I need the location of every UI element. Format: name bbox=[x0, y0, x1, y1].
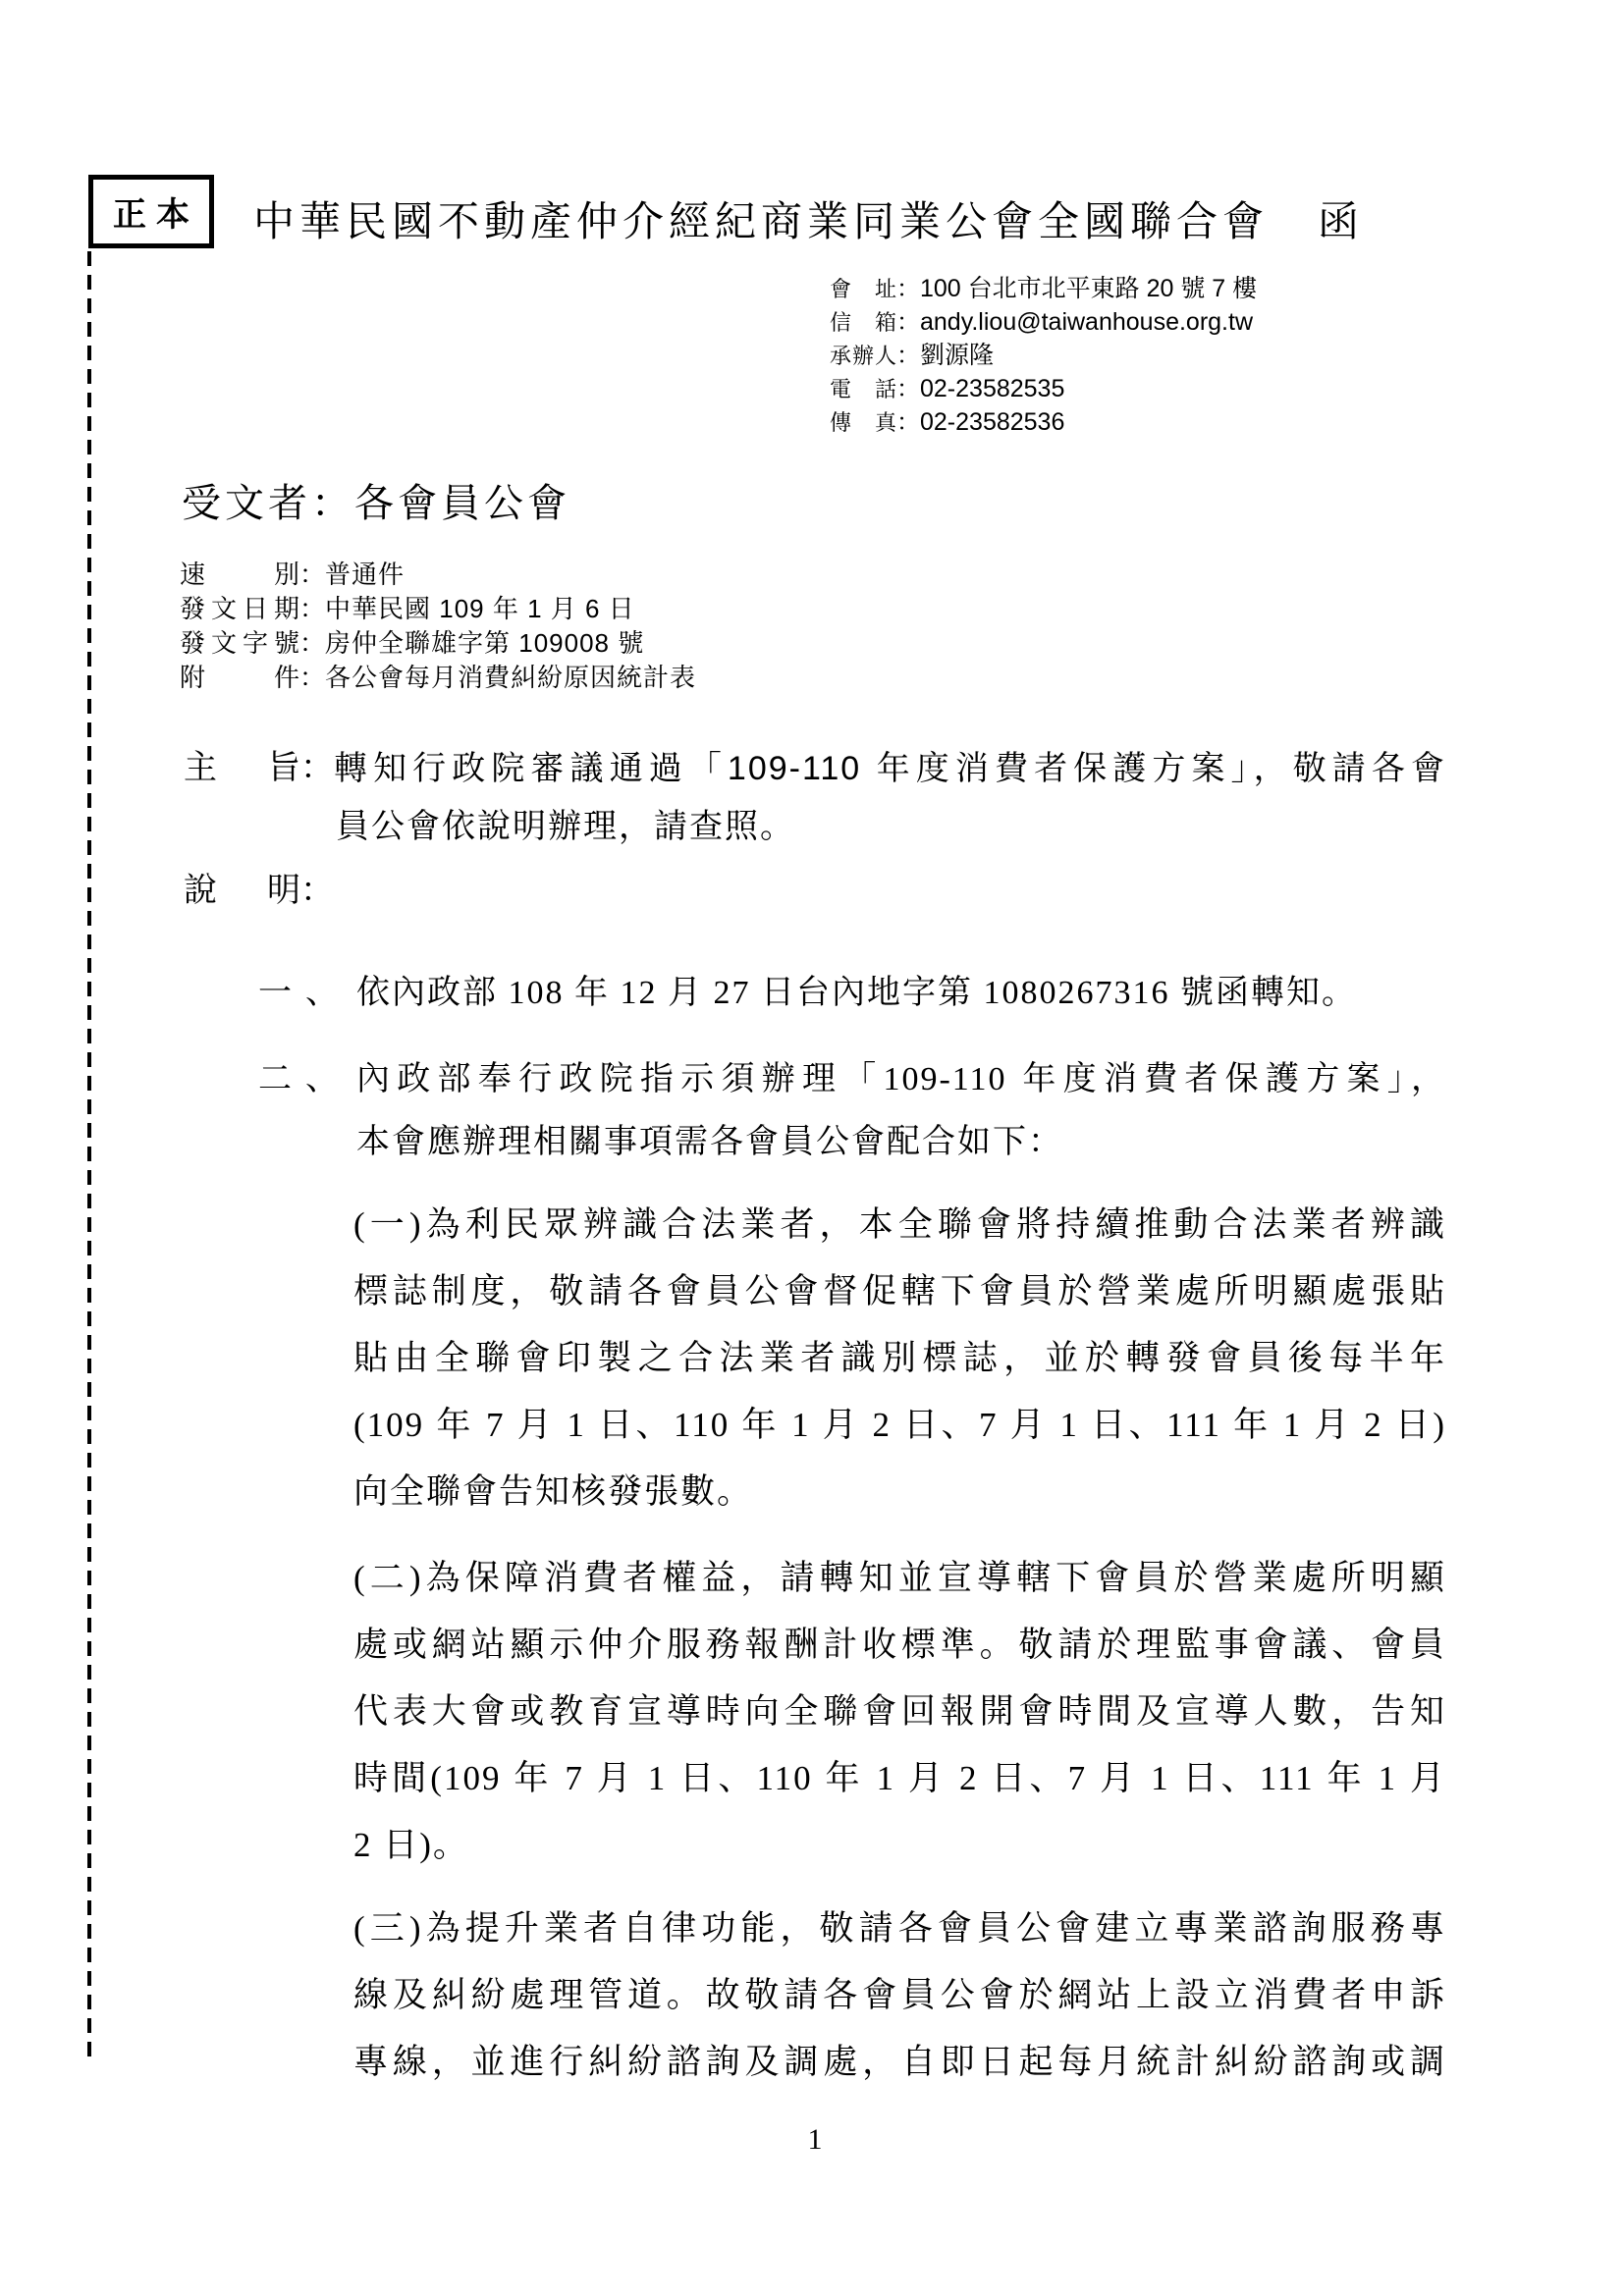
sub-item-1-line-3: 貼由全聯會印製之合法業者識別標誌，並於轉發會員後每半年 bbox=[353, 1325, 1446, 1392]
official-letter-page: 正本 中華民國不動產仲介經紀商業同業公會全國聯合會函 會址：100 台北市北平東… bbox=[0, 0, 1624, 2296]
left-dashed-fold-line bbox=[87, 251, 91, 2062]
subject-text: 轉知行政院審議通過「109-110 年度消費者保護方案」，敬請各會 bbox=[334, 739, 1446, 798]
sub-item-2-line-5: 2 日)。 bbox=[353, 1812, 1446, 1879]
colon: ： bbox=[300, 739, 334, 798]
colon: ： bbox=[300, 873, 334, 909]
explanation-item-2: 二、 內政部奉行政院指示須辦理「109-110 年度消費者保護方案」， 本會應辦… bbox=[258, 1048, 1446, 1174]
sub-item-3-line-1: (三)為提升業者自律功能，敬請各會員公會建立專業諮詢服務專 bbox=[353, 1896, 1446, 1962]
meta-value-priority: 普通件 bbox=[325, 560, 405, 589]
contact-value-phone: 02-23582535 bbox=[920, 375, 1064, 402]
sub-item-1-line-5: 向全聯會告知核發張數。 bbox=[353, 1459, 1446, 1525]
contact-row-phone: 電話：02-23582535 bbox=[830, 372, 1257, 405]
document-type: 函 bbox=[1318, 200, 1364, 245]
item-number: 一、 bbox=[258, 962, 352, 1025]
sub-item-2-line-1: (二)為保障消費者權益，請轉知並宣導轄下會員於營業處所明顯 bbox=[353, 1545, 1446, 1612]
sub-item-1-line-1: (一)為利民眾辨識合法業者，本全聯會將持續推動合法業者辨識 bbox=[353, 1192, 1446, 1258]
explanation-heading: 說明： bbox=[184, 862, 334, 921]
contact-row-address: 會址：100 台北市北平東路 20 號 7 樓 bbox=[830, 272, 1257, 305]
subject-block: 主旨： 轉知行政院審議通過「109-110 年度消費者保護方案」，敬請各會 員公… bbox=[184, 739, 1446, 857]
meta-value-ref-number: 房仲全聯雄字第 109008 號 bbox=[325, 628, 644, 658]
subject-line-1: 主旨： 轉知行政院審議通過「109-110 年度消費者保護方案」，敬請各會 bbox=[184, 739, 1446, 798]
letterhead-title: 中華民國不動產仲介經紀商業同業公會全國聯合會函 bbox=[253, 189, 1364, 248]
sub-item-1-line-2: 標誌制度，敬請各會員公會督促轄下會員於營業處所明顯處張貼 bbox=[353, 1258, 1446, 1325]
meta-row-date: 發文日期：中華民國 109 年 1 月 6 日 bbox=[180, 592, 696, 626]
meta-value-date: 中華民國 109 年 1 月 6 日 bbox=[325, 594, 635, 623]
item-2-line-1: 內政部奉行政院指示須辦理「109-110 年度消費者保護方案」， bbox=[356, 1048, 1446, 1111]
subject-label: 主旨 bbox=[184, 739, 300, 798]
copy-type-stamp: 正本 bbox=[88, 175, 214, 248]
explanation-label: 說明 bbox=[184, 862, 300, 921]
meta-label: 發文字號 bbox=[180, 626, 299, 661]
colon: ： bbox=[299, 595, 325, 623]
contact-info-block: 會址：100 台北市北平東路 20 號 7 樓 信箱：andy.liou@tai… bbox=[830, 272, 1257, 439]
item-number: 二、 bbox=[258, 1048, 352, 1111]
colon: ： bbox=[896, 310, 920, 336]
meta-row-priority: 速別：普通件 bbox=[180, 558, 696, 592]
colon: ： bbox=[299, 664, 325, 692]
colon: ： bbox=[896, 377, 920, 402]
document-meta-block: 速別：普通件 發文日期：中華民國 109 年 1 月 6 日 發文字號：房仲全聯… bbox=[180, 558, 696, 695]
meta-label: 發文日期 bbox=[180, 592, 299, 626]
sub-item-1: (一)為利民眾辨識合法業者，本全聯會將持續推動合法業者辨識 標誌制度，敬請各會員… bbox=[353, 1192, 1446, 1525]
organization-name: 中華民國不動產仲介經紀商業同業公會全國聯合會 bbox=[253, 200, 1269, 245]
sub-item-3-line-2: 線及糾紛處理管道。故敬請各會員公會於網站上設立消費者申訴 bbox=[353, 1962, 1446, 2029]
sub-item-2-line-4: 時間(109 年 7 月 1 日、110 年 1 月 2 日、7 月 1 日、1… bbox=[353, 1745, 1446, 1812]
colon: ： bbox=[896, 277, 920, 302]
sub-item-2: (二)為保障消費者權益，請轉知並宣導轄下會員於營業處所明顯 處或網站顯示仲介服務… bbox=[353, 1545, 1446, 1879]
sub-item-2-line-2: 處或網站顯示仲介服務報酬計收標準。敬請於理監事會議、會員 bbox=[353, 1612, 1446, 1679]
contact-label: 承辦人 bbox=[830, 340, 896, 373]
page-number: 1 bbox=[776, 2123, 854, 2157]
contact-row-fax: 傳真：02-23582536 bbox=[830, 405, 1257, 439]
meta-label: 附件 bbox=[180, 661, 299, 695]
sub-item-3: (三)為提升業者自律功能，敬請各會員公會建立專業諮詢服務專 線及糾紛處理管道。故… bbox=[353, 1896, 1446, 2096]
contact-value-address: 100 台北市北平東路 20 號 7 樓 bbox=[920, 275, 1257, 302]
contact-label: 會址 bbox=[830, 273, 896, 306]
sub-item-1-line-4: (109 年 7 月 1 日、110 年 1 月 2 日、7 月 1 日、111… bbox=[353, 1392, 1446, 1459]
colon: ： bbox=[299, 561, 325, 589]
meta-row-attachment: 附件：各公會每月消費糾紛原因統計表 bbox=[180, 661, 696, 695]
item-1-line-1: 依內政部 108 年 12 月 27 日台內地字第 1080267316 號函轉… bbox=[356, 962, 1446, 1025]
colon: ： bbox=[896, 410, 920, 436]
meta-row-ref-number: 發文字號：房仲全聯雄字第 109008 號 bbox=[180, 626, 696, 661]
copy-type-label: 正本 bbox=[103, 187, 199, 236]
sub-item-3-line-3: 專線，並進行糾紛諮詢及調處，自即日起每月統計糾紛諮詢或調 bbox=[353, 2029, 1446, 2096]
sub-item-2-line-3: 代表大會或教育宣導時向全聯會回報開會時間及宣導人數，告知 bbox=[353, 1679, 1446, 1745]
explanation-item-1: 一、 依內政部 108 年 12 月 27 日台內地字第 1080267316 … bbox=[258, 962, 1446, 1025]
contact-label: 信箱 bbox=[830, 306, 896, 340]
colon: ： bbox=[299, 629, 325, 658]
contact-value-email: andy.liou@taiwanhouse.org.tw bbox=[920, 308, 1253, 336]
meta-value-attachment: 各公會每月消費糾紛原因統計表 bbox=[325, 663, 696, 692]
contact-value-officer: 劉源隆 bbox=[920, 342, 994, 369]
item-2-line-2: 本會應辦理相關事項需各會員公會配合如下： bbox=[356, 1111, 1446, 1174]
subject-line-2: 員公會依說明辦理，請查照。 bbox=[336, 798, 1446, 857]
contact-label: 傳真 bbox=[830, 406, 896, 440]
contact-label: 電話 bbox=[830, 373, 896, 406]
contact-row-email: 信箱：andy.liou@taiwanhouse.org.tw bbox=[830, 305, 1257, 339]
colon: ： bbox=[896, 344, 920, 369]
meta-label: 速別 bbox=[180, 558, 299, 592]
recipient-line: 受文者：各會員公會 bbox=[182, 480, 570, 527]
contact-row-officer: 承辦人：劉源隆 bbox=[830, 339, 1257, 372]
contact-value-fax: 02-23582536 bbox=[920, 408, 1064, 436]
